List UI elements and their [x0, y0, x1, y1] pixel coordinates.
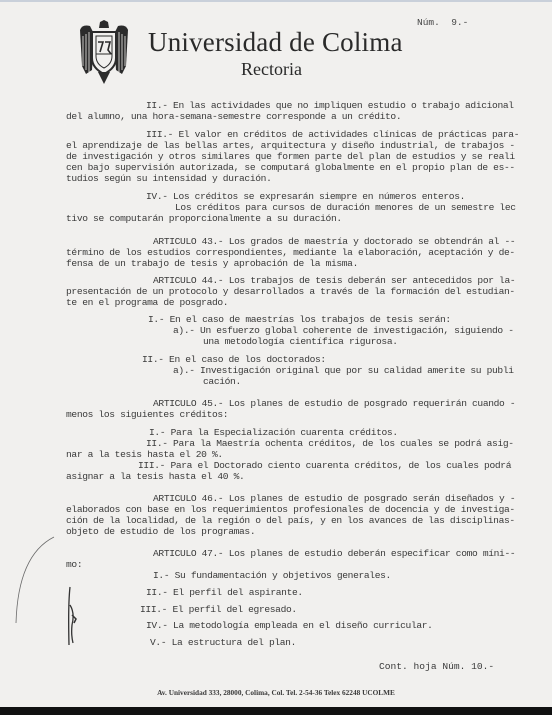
text-line: III.- Para el Doctorado ciento cuarenta … [138, 461, 511, 471]
scan-top-edge [0, 0, 552, 2]
text-line: tivo se computarán proporcionalmente a s… [66, 214, 342, 224]
handwritten-initials-icon [66, 585, 80, 647]
university-coat-of-arms-icon [78, 20, 130, 84]
text-line: II.- En el caso de los doctorados: [142, 355, 326, 365]
scan-bottom-edge [0, 707, 552, 715]
text-line: cación. [203, 377, 241, 387]
text-line: menos los siguientes créditos: [66, 410, 228, 420]
text-line: Los créditos para cursos de duración men… [175, 203, 516, 213]
handwritten-arc-mark-icon [8, 535, 58, 625]
text-line: II.- Para la Maestría ochenta créditos, … [146, 439, 514, 449]
text-line: del alumno, una hora-semana-semestre cor… [66, 112, 401, 122]
text-line: ción de la localidad, de la región o del… [66, 516, 515, 526]
text-line: I.- Su fundamentación y objetivos genera… [153, 571, 391, 581]
text-line: II.- En las actividades que no impliquen… [146, 101, 514, 111]
text-line: fensa de un trabajo de tesis y aprobació… [66, 259, 358, 269]
text-line: mo: [66, 560, 82, 570]
office-subtitle: Rectoria [241, 60, 302, 78]
text-line: III.- El perfil del egresado. [140, 605, 297, 615]
text-line: nar a la tesis hasta el 20 %. [66, 450, 223, 460]
text-line: ARTICULO 45.- Los planes de estudio de p… [153, 399, 515, 409]
text-line: I.- En el caso de maestrías los trabajos… [148, 315, 451, 325]
text-line: término de los estudios correspondientes… [66, 248, 515, 258]
text-line: cen bajo supervisión autorizada, se comp… [66, 163, 515, 173]
text-line: ARTICULO 46.- Los planes de estudio de p… [153, 494, 515, 504]
text-line: tudios según su intensidad y duración. [66, 174, 271, 184]
text-line: objeto de estudio de los programas. [66, 527, 255, 537]
text-line: de investigación y otros similares que f… [66, 152, 515, 162]
text-line: a).- Un esfuerzo global coherente de inv… [173, 326, 514, 336]
page-number: Núm. 9.- [417, 17, 468, 28]
document-page: Universidad de Colima Rectoria Núm. 9.- … [0, 0, 552, 707]
text-line: a).- Investigación original que por su c… [173, 366, 514, 376]
text-line: V.- La estructura del plan. [150, 638, 296, 648]
text-line: asignar a la tesis hasta el 40 %. [66, 472, 244, 482]
footer-address: Av. Universidad 333, 28000, Colima, Col.… [96, 688, 456, 697]
text-line: III.- El valor en créditos de actividade… [146, 130, 519, 140]
text-line: IV.- Los créditos se expresarán siempre … [146, 192, 465, 202]
institution-title: Universidad de Colima [148, 29, 403, 56]
text-line: I.- Para la Especialización cuarenta cré… [149, 428, 398, 438]
continuation-note: Cont. hoja Núm. 10.- [379, 661, 494, 672]
text-line: te en el programa de posgrado. [66, 298, 228, 308]
text-line: ARTICULO 47.- Los planes de estudio debe… [153, 549, 515, 559]
text-line: una metodología científica rigurosa. [203, 337, 398, 347]
text-line: el aprendizaje de las bellas artes, arqu… [66, 141, 515, 151]
text-line: IV.- La metodología empleada en el diseñ… [146, 621, 433, 631]
text-line: II.- El perfil del aspirante. [146, 588, 303, 598]
text-line: ARTICULO 43.- Los grados de maestría y d… [153, 237, 515, 247]
text-line: elaborados con base en los requerimiento… [66, 505, 515, 515]
text-line: presentación de un protocolo y desarroll… [66, 287, 515, 297]
text-line: ARTICULO 44.- Los trabajos de tesis debe… [153, 276, 515, 286]
